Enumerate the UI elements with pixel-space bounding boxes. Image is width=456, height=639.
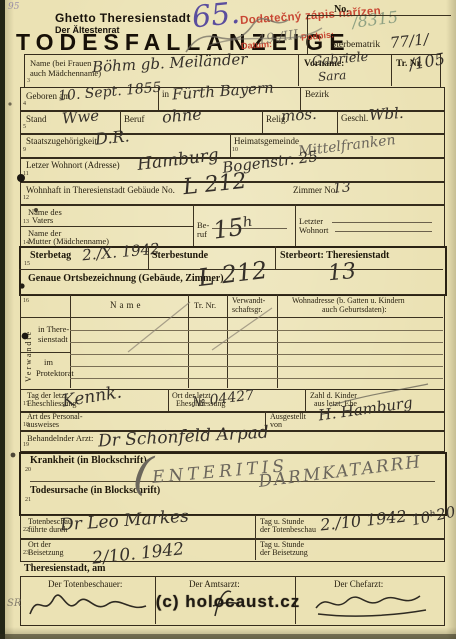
sterbematrik-value: 77/1/ <box>389 30 429 52</box>
verwandte-group1a: in There- <box>38 324 69 334</box>
beisetzung-number: 23 <box>23 550 29 556</box>
wohnhaft-label: Wohnhaft in Theresienstadt Gebäude No. <box>26 185 175 195</box>
vater-row-number: 13 <box>23 219 29 225</box>
staat-label: Staatszugehörigkeit <box>26 136 97 146</box>
name-row-divider2 <box>391 54 392 86</box>
beisetzung-divider <box>255 538 256 560</box>
org-name-line1: Ghetto Theresienstadt <box>55 11 191 25</box>
green-register-number: /8315 <box>351 7 399 31</box>
geschl-value: Wbl. <box>368 104 404 124</box>
geboren-row-number: 4 <box>23 101 26 107</box>
verwandte-header-verw1: Verwandt- <box>232 296 265 305</box>
geschl-label: Geschl. <box>341 113 368 123</box>
beruf-label: Beruf <box>124 114 145 124</box>
beruf-col-label2: ruf <box>197 229 207 239</box>
no-box-top-line <box>307 15 451 16</box>
verwandte-group2b: Protektorat <box>36 368 74 378</box>
name-label-line1: Name (bei Frauen <box>30 58 91 68</box>
name-label-line2: auch Mädchenname) <box>30 68 101 78</box>
vater-label2: Vaters <box>32 215 53 225</box>
verwandte-rule2 <box>70 342 443 343</box>
relig-value: mos. <box>280 105 317 125</box>
eltern-divider1 <box>193 204 194 246</box>
zimmer-value: 13 <box>332 179 351 196</box>
sterbetag-row-number: 15 <box>24 261 30 267</box>
verwandte-header-line <box>20 317 443 318</box>
verwandte-rule4 <box>70 366 443 367</box>
eltern-mid-line <box>20 226 193 227</box>
bezirk-label: Bezirk <box>305 89 329 99</box>
corner-mark: SR <box>7 598 21 609</box>
ehe-divider1 <box>168 389 169 411</box>
no-label: No. <box>334 4 349 15</box>
ausweis-label2: ausweises <box>27 420 59 429</box>
staat-row-number: 9 <box>23 147 26 153</box>
sterbetag-label: Sterbetag <box>30 250 71 261</box>
ausweis-row-number: 18 <box>23 422 29 428</box>
verwandte-header-adr2: auch Geburtsdaten): <box>322 305 387 314</box>
staat-divider <box>230 133 231 157</box>
staat-value: D.R. <box>94 126 130 149</box>
beruf-value: ohne <box>161 104 202 126</box>
totenbeschau-number: 22 <box>23 527 29 533</box>
ortsbezeichnung-zimmer: 13 <box>327 259 357 286</box>
totenbeschau-tag-label2: der Totenbeschau <box>260 525 316 534</box>
no-box-left-line <box>307 15 308 55</box>
place-date-label: Theresienstadt, am <box>24 563 105 574</box>
verwandte-header-name: Name <box>110 300 144 310</box>
sterbematrik-label: Sterbematrik <box>331 40 380 50</box>
sterbestunde-label: Sterbestunde <box>152 250 208 261</box>
verwandte-header-tr: Tr. Nr. <box>194 300 216 310</box>
sterbeort-label: Sterbeort: Theresienstadt <box>280 250 389 261</box>
stand-row-number: 5 <box>23 124 26 130</box>
name-row-divider1 <box>298 54 299 86</box>
beisetzung-tag-label2: der Beisetzung <box>260 548 308 557</box>
heimat-label: Heimatsgemeinde <box>234 136 299 146</box>
arzt-row-number: 19 <box>23 442 29 448</box>
letzter-col-line2 <box>335 231 432 232</box>
verwandte-col2 <box>227 294 228 388</box>
verwandte-rule1 <box>70 330 443 331</box>
letzter-col-label2: Wohnort <box>299 225 329 235</box>
ausgestellt-label2: von <box>270 420 282 429</box>
corner-pencil-number: 95 <box>8 2 19 12</box>
ehe-row-number: 17 <box>23 401 29 407</box>
death-notice-form: 95 Ghetto Theresienstadt Der Ältestenrat… <box>0 0 456 639</box>
verwandte-rule5 <box>70 378 443 379</box>
ortsbezeichnung-label: Genaue Ortsbezeichnung (Gebäude, Zimmer) <box>28 273 224 284</box>
beisetzung-row-box <box>20 538 445 562</box>
beisetzung-label2: Beisetzung <box>28 548 64 557</box>
verwandte-rule3 <box>70 354 443 355</box>
verwandte-header-adr1: Wohnadresse (b. Gatten u. Kindern <box>292 296 405 305</box>
name-row-number: 3 <box>27 78 30 84</box>
zimmer-label: Zimmer No. <box>293 185 338 195</box>
vorname-value2: Sara <box>318 68 347 84</box>
scan-edge-left <box>0 0 5 639</box>
verwandte-group2a: im <box>44 357 53 367</box>
stand-divider3 <box>337 110 338 133</box>
heimat-row-number: 10 <box>232 147 238 153</box>
stand-divider2 <box>262 110 263 133</box>
letzter-col-line1 <box>332 222 432 223</box>
arzt-label: Behandelnder Arzt: <box>27 433 93 443</box>
totenbeschau-divider <box>255 515 256 538</box>
scan-edge-bottom <box>0 634 456 639</box>
krankheit-number: 20 <box>25 467 31 473</box>
verwandte-group-split <box>20 352 70 353</box>
stand-value: Wwe <box>61 106 100 127</box>
wohnort-label: Letzer Wohnort (Adresse) <box>26 160 120 170</box>
krankheit-label: Krankheit (in Blockschrift) <box>30 455 147 466</box>
ehe-divider2 <box>305 389 306 411</box>
stand-label: Stand <box>26 114 47 124</box>
in-label: in <box>162 89 169 99</box>
watermark: (c) holocaust.cz <box>108 592 348 612</box>
eltern-divider2 <box>295 204 296 246</box>
todesursache-number: 21 <box>25 497 31 503</box>
verwandte-col1 <box>188 294 189 388</box>
verwandte-header-verw2: schaftsgr. <box>232 305 262 314</box>
verwandte-row-number: 16 <box>23 298 29 304</box>
wohnhaft-row-number: 12 <box>23 195 29 201</box>
wohnort-row-number: 11 <box>23 171 29 177</box>
sterbestunde-value: 15ʰ <box>211 211 255 244</box>
krankheit-line <box>30 481 435 482</box>
verwandte-col3 <box>277 294 278 388</box>
verwandte-side-label: Verwandte <box>24 330 33 382</box>
sterbe-divider2 <box>275 246 276 269</box>
verwandte-group1b: sienstadt <box>38 334 68 344</box>
